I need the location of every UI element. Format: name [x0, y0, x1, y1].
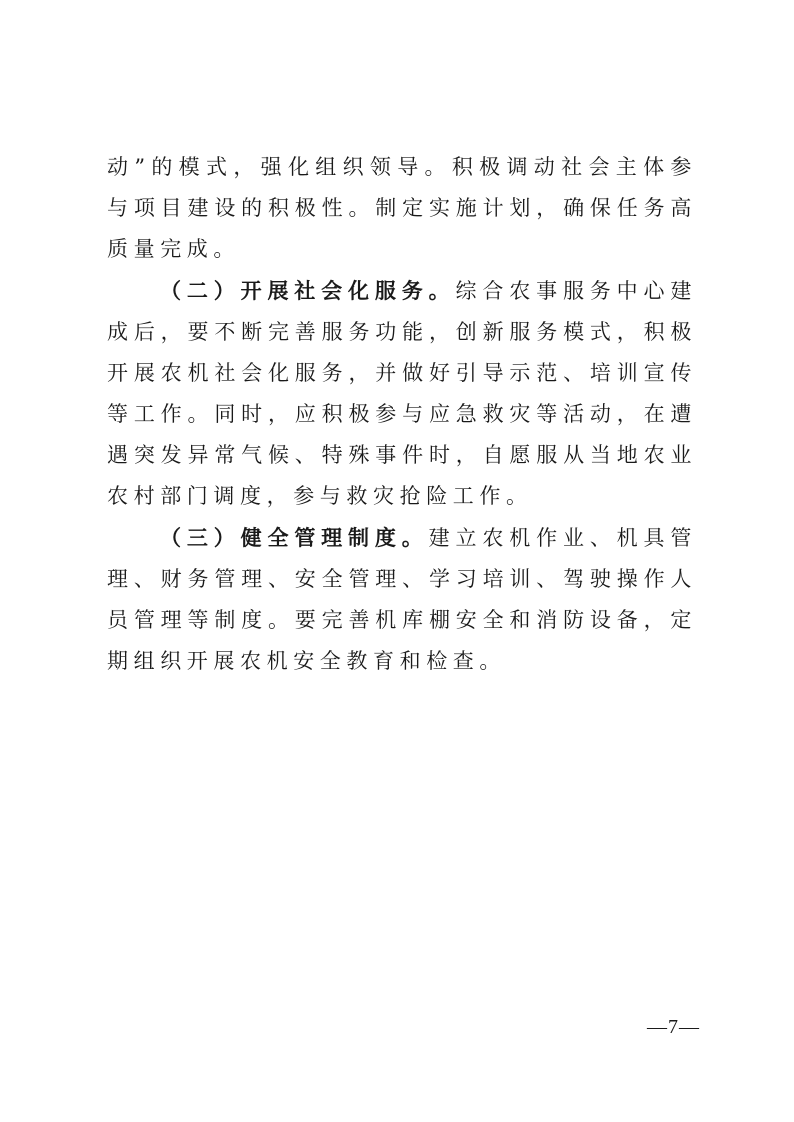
paragraph-social-service: （二）开展社会化服务。综合农事服务中心建成后，要不断完善服务功能，创新服务模式，… — [107, 270, 697, 517]
paragraph-management-system: （三）健全管理制度。建立农机作业、机具管理、财务管理、安全管理、学习培训、驾驶操… — [107, 517, 697, 682]
paragraph-continuation: 动”的模式，强化组织领导。积极调动社会主体参与项目建设的积极性。制定实施计划，确… — [107, 147, 697, 270]
paragraph-text: 综合农事服务中心建成后，要不断完善服务功能，创新服务模式，积极开展农机社会化服务… — [107, 279, 697, 508]
body-text: 动”的模式，强化组织领导。积极调动社会主体参与项目建设的积极性。制定实施计划，确… — [107, 147, 697, 682]
paragraph-text: 动”的模式，强化组织领导。积极调动社会主体参与项目建设的积极性。制定实施计划，确… — [107, 155, 697, 261]
section-heading: （二）开展社会化服务。 — [160, 278, 456, 303]
page-number: —7— — [647, 1016, 700, 1039]
document-page: 动”的模式，强化组织领导。积极调动社会主体参与项目建设的积极性。制定实施计划，确… — [0, 0, 794, 1122]
section-heading: （三）健全管理制度。 — [160, 525, 429, 550]
